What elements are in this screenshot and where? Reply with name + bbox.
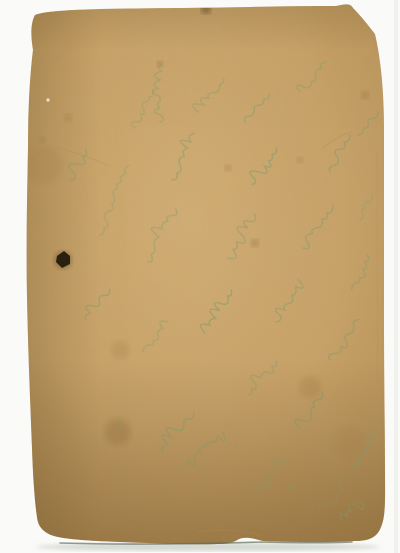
- scanner-margin-tint: [394, 0, 398, 553]
- scan-background: [0, 0, 400, 553]
- paper-texture: [0, 0, 400, 553]
- hole-punch: [54, 251, 72, 269]
- paper-photo-verso: [0, 0, 400, 553]
